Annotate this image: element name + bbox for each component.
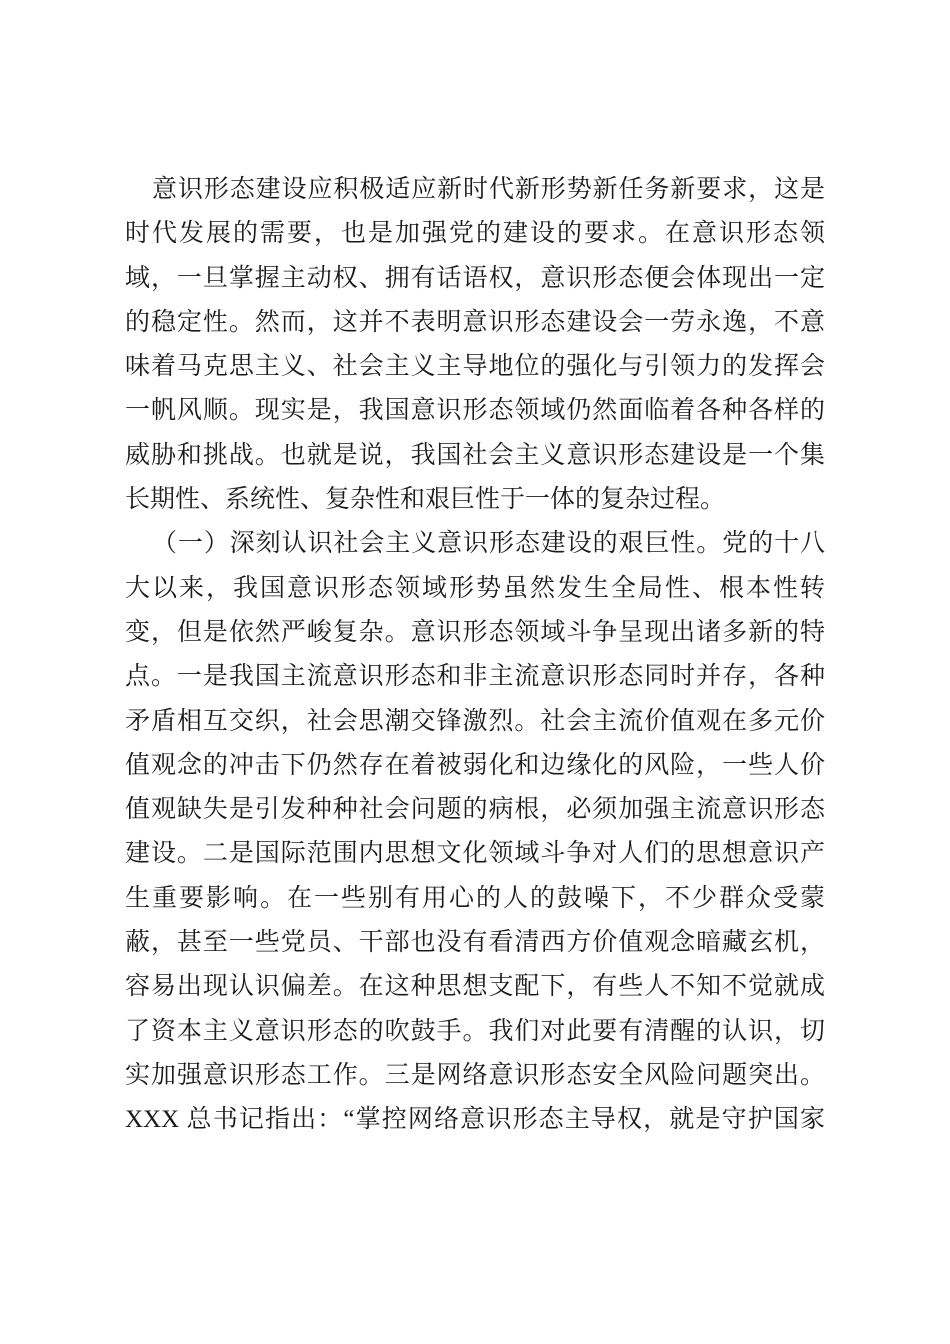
document-page: 意识形态建设应积极适应新时代新形势新任务新要求，这是时代发展的需要，也是加强党的… — [0, 0, 950, 1344]
text-line: 大以来，我国意识形态领域形势虽然发生全局性、根本性转 — [125, 567, 825, 611]
text-line: 蔽，甚至一些党员、干部也没有看清西方价值观念暗藏玄机， — [125, 921, 825, 965]
text-line: XXX 总书记指出：“掌控网络意识形态主导权，就是守护国家 — [125, 1098, 825, 1142]
text-line: 威胁和挑战。也就是说，我国社会主义意识形态建设是一个集 — [125, 434, 825, 478]
text-line: 值观念的冲击下仍然存在着被弱化和边缘化的风险，一些人价 — [125, 744, 825, 788]
paragraph-section-one: （一）深刻认识社会主义意识形态建设的艰巨性。党的十八大以来，我国意识形态领域形势… — [125, 522, 825, 1142]
text-line: 矛盾相互交织，社会思潮交锋激烈。社会主流价值观在多元价 — [125, 700, 825, 744]
text-line: 意识形态建设应积极适应新时代新形势新任务新要求，这是 — [125, 168, 825, 212]
text-line: 长期性、系统性、复杂性和艰巨性于一体的复杂过程。 — [125, 478, 825, 522]
text-line: 味着马克思主义、社会主义主导地位的强化与引领力的发挥会 — [125, 345, 825, 389]
text-line: （一）深刻认识社会主义意识形态建设的艰巨性。党的十八 — [125, 522, 825, 566]
text-line: 点。一是我国主流意识形态和非主流意识形态同时并存，各种 — [125, 655, 825, 699]
text-line: 一帆风顺。现实是，我国意识形态领域仍然面临着各种各样的 — [125, 389, 825, 433]
text-line: 的稳定性。然而，这并不表明意识形态建设会一劳永逸，不意 — [125, 301, 825, 345]
text-line: 值观缺失是引发种种社会问题的病根，必须加强主流意识形态 — [125, 788, 825, 832]
document-body: 意识形态建设应积极适应新时代新形势新任务新要求，这是时代发展的需要，也是加强党的… — [125, 168, 825, 1143]
text-line: 生重要影响。在一些别有用心的人的鼓噪下，不少群众受蒙 — [125, 877, 825, 921]
paragraph-intro: 意识形态建设应积极适应新时代新形势新任务新要求，这是时代发展的需要，也是加强党的… — [125, 168, 825, 522]
text-line: 变，但是依然严峻复杂。意识形态领域斗争呈现出诸多新的特 — [125, 611, 825, 655]
text-line: 域，一旦掌握主动权、拥有话语权，意识形态便会体现出一定 — [125, 257, 825, 301]
text-line: 时代发展的需要，也是加强党的建设的要求。在意识形态领 — [125, 212, 825, 256]
text-line: 了资本主义意识形态的吹鼓手。我们对此要有清醒的认识，切 — [125, 1010, 825, 1054]
text-line: 实加强意识形态工作。三是网络意识形态安全风险问题突出。 — [125, 1054, 825, 1098]
text-line: 容易出现认识偏差。在这种思想支配下，有些人不知不觉就成 — [125, 965, 825, 1009]
text-line: 建设。二是国际范围内思想文化领域斗争对人们的思想意识产 — [125, 832, 825, 876]
